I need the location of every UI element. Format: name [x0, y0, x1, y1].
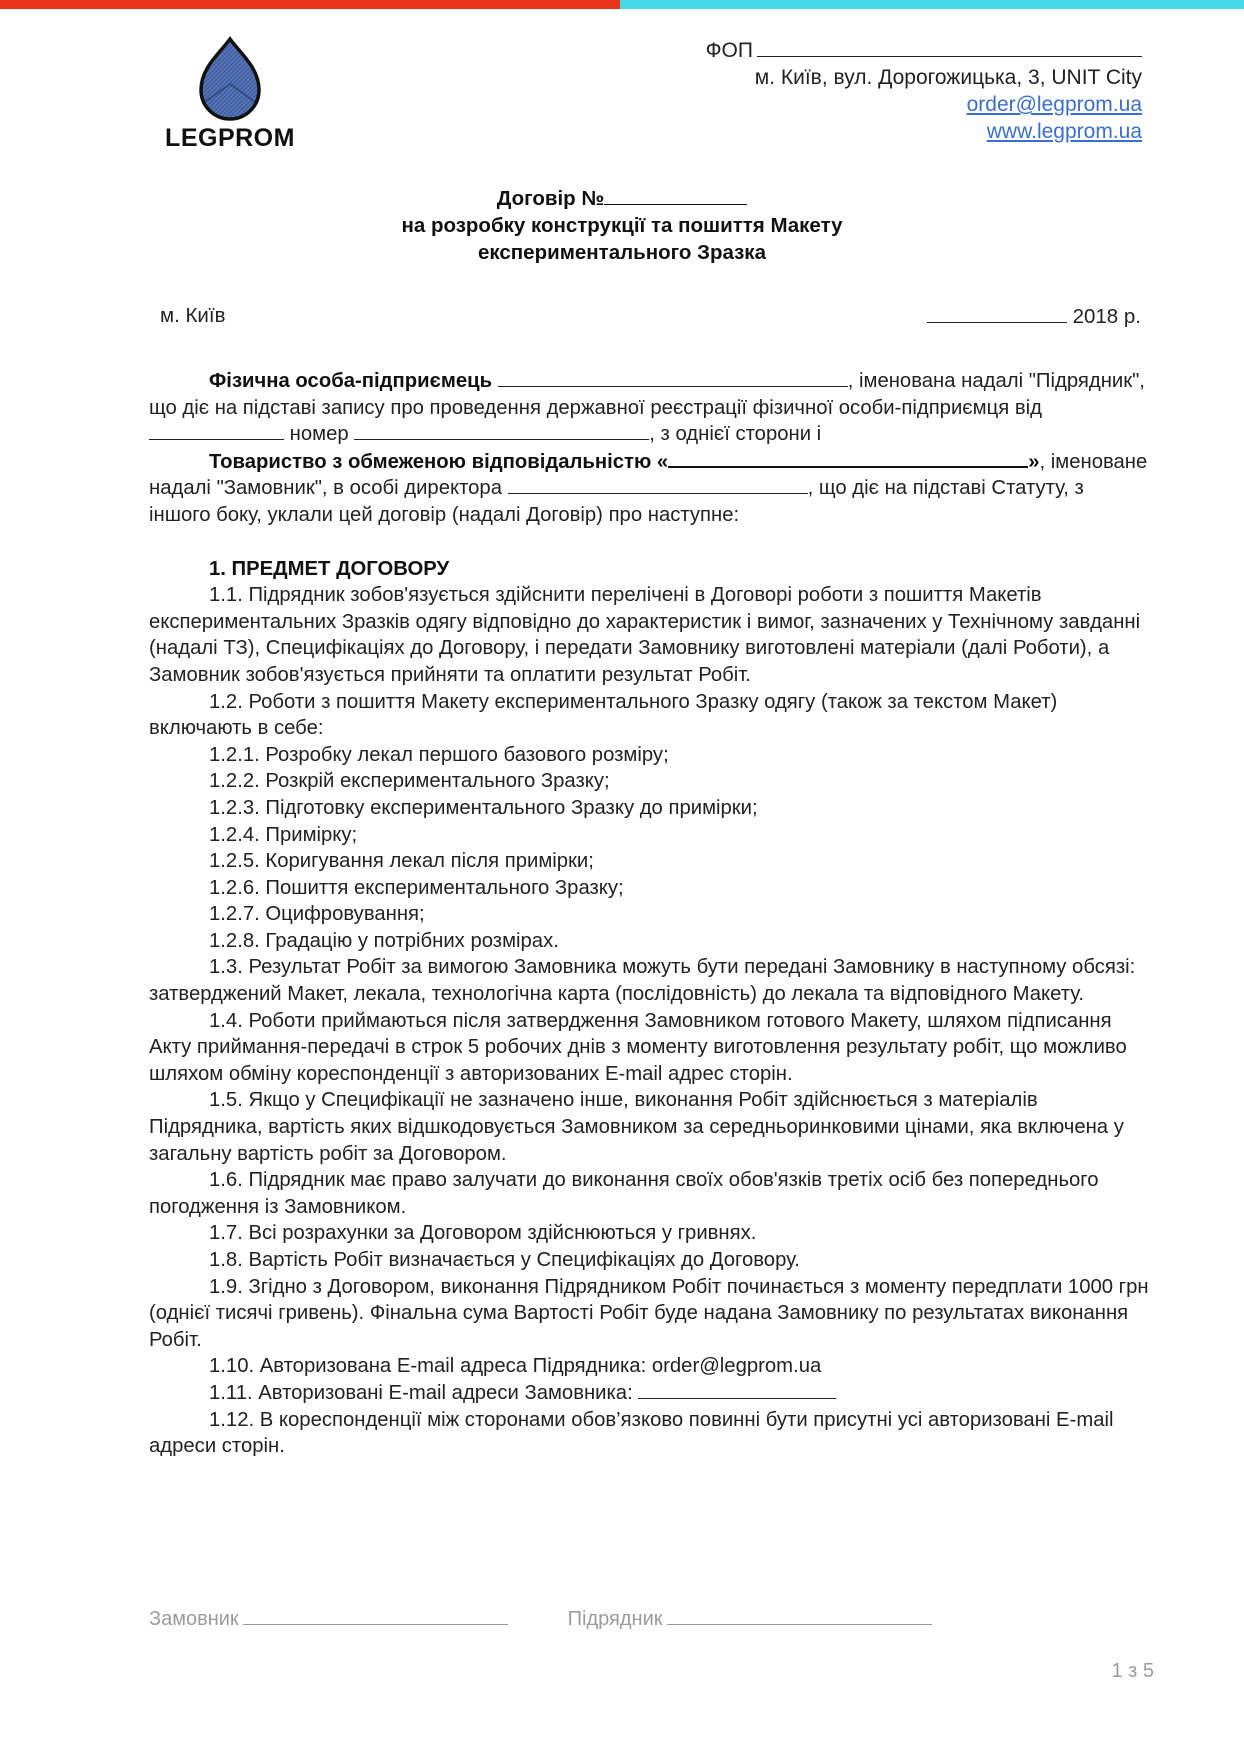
logo-wordmark: LEGPROM: [160, 124, 300, 153]
party-customer-title: Товариство з обмеженою відповідальністю …: [209, 451, 668, 473]
customer-emails-blank: [638, 1380, 836, 1399]
date-blank: [927, 304, 1067, 323]
list-item: 1.2.1. Розробку лекал першого базового р…: [149, 742, 1149, 769]
clause-1-10: 1.10. Авторизована E-mail адреса Підрядн…: [149, 1353, 1149, 1380]
company-logo: LEGPROM: [160, 36, 300, 153]
email-link[interactable]: order@legprom.ua: [967, 93, 1142, 116]
clause-1-2-items: 1.2.1. Розробку лекал першого базового р…: [149, 742, 1149, 955]
title-line-1: Договір №: [497, 187, 605, 210]
contractor-signature-line: [667, 1606, 932, 1625]
party-contractor-title: Фізична особа-підприємець: [209, 370, 492, 392]
clause-1-11: 1.11. Авторизовані E-mail адреси Замовни…: [149, 1380, 1149, 1407]
contractor-name-blank: [498, 368, 848, 387]
list-item: 1.2.6. Пошиття експериментального Зразку…: [149, 875, 1149, 902]
clause-1-2: 1.2. Роботи з пошиття Макету експеримент…: [149, 689, 1149, 742]
top-bar-cyan-segment: [620, 0, 1244, 9]
city: м. Київ: [160, 304, 225, 329]
year: 2018 р.: [1073, 305, 1141, 328]
page-number: 1 з 5: [1111, 1660, 1154, 1683]
customer-signature-label: Замовник: [149, 1608, 239, 1630]
contract-title: Договір № на розробку конструкції та пош…: [0, 184, 1244, 266]
list-item: 1.2.4. Примірку;: [149, 822, 1149, 849]
clause-1-8: 1.8. Вартість Робіт визначається у Специ…: [149, 1247, 1149, 1274]
company-name-blank: [668, 448, 1028, 468]
fop-label: ФОП: [706, 39, 753, 62]
signature-block: Замовник Підрядник: [149, 1606, 932, 1631]
comma: ,: [1039, 451, 1045, 473]
contractor-signature: Підрядник: [568, 1606, 932, 1631]
clause-1-4: 1.4. Роботи приймаються після затверджен…: [149, 1008, 1149, 1088]
clause-1-7: 1.7. Всі розрахунки за Договором здійсню…: [149, 1220, 1149, 1247]
party-contractor: Фізична особа-підприємець , іменована на…: [149, 368, 1149, 448]
drop-logo-icon: [197, 36, 263, 122]
title-line-2: на розробку конструкції та пошиття Макет…: [0, 212, 1244, 239]
list-item: 1.2.8. Градацію у потрібних розмірах.: [149, 928, 1149, 955]
title-line-3: експериментального Зразка: [0, 239, 1244, 266]
section-heading: 1. ПРЕДМЕТ ДОГОВОРУ: [149, 556, 1149, 583]
registration-number-label: номер: [290, 423, 349, 445]
party-contractor-end: , з однієї сторони і: [649, 423, 821, 445]
list-item: 1.2.5. Коригування лекал після примірки;: [149, 848, 1149, 875]
clause-1-1: 1.1. Підрядник зобов'язується здійснити …: [149, 582, 1149, 688]
place-and-date: м. Київ 2018 р.: [160, 304, 1141, 329]
website-link[interactable]: www.legprom.ua: [987, 120, 1142, 143]
party-customer: Товариство з обмеженою відповідальністю …: [149, 448, 1149, 529]
director-name-blank: [508, 475, 808, 494]
registration-date-blank: [149, 421, 284, 440]
top-bar-red-segment: [0, 0, 620, 9]
date: 2018 р.: [927, 304, 1141, 329]
contractor-contacts: ФОП м. Київ, вул. Дорогожицька, 3, UNIT …: [706, 36, 1142, 145]
top-color-bar: [0, 0, 1244, 9]
customer-signature: Замовник: [149, 1606, 508, 1631]
contract-body: Фізична особа-підприємець , іменована на…: [149, 368, 1149, 1460]
clause-1-9: 1.9. Згідно з Договором, виконання Підря…: [149, 1274, 1149, 1354]
clause-1-11-text: 1.11. Авторизовані E-mail адреси Замовни…: [209, 1382, 633, 1404]
clause-1-5: 1.5. Якщо у Специфікації не зазначено ін…: [149, 1087, 1149, 1167]
clause-1-3: 1.3. Результат Робіт за вимогою Замовник…: [149, 954, 1149, 1007]
quote-close: »: [1028, 451, 1039, 473]
fop-blank: [757, 36, 1142, 57]
fop-line: ФОП: [706, 36, 1142, 64]
clause-1-6: 1.6. Підрядник має право залучати до вик…: [149, 1167, 1149, 1220]
contractor-signature-label: Підрядник: [568, 1608, 663, 1630]
list-item: 1.2.3. Підготовку експериментального Зра…: [149, 795, 1149, 822]
clause-1-12: 1.12. В кореспонденції між сторонами обо…: [149, 1407, 1149, 1460]
address: м. Київ, вул. Дорогожицька, 3, UNIT City: [706, 64, 1142, 91]
customer-signature-line: [243, 1606, 508, 1625]
registration-number-blank: [354, 421, 649, 440]
list-item: 1.2.2. Розкрій експериментального Зразку…: [149, 768, 1149, 795]
contract-number-blank: [604, 184, 747, 205]
list-item: 1.2.7. Оцифровування;: [149, 901, 1149, 928]
